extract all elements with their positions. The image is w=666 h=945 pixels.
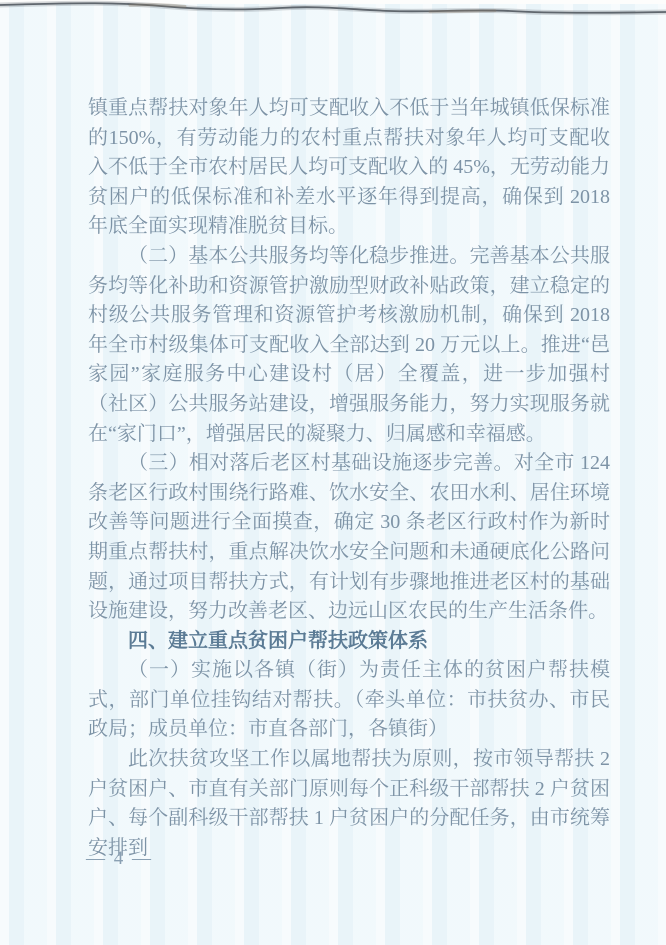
document-body: 镇重点帮扶对象年人均可支配收入不低于当年城镇低保标准的150%，有劳动能力的农村… — [88, 94, 610, 863]
section-heading: 四、建立重点贫困户帮扶政策体系 — [88, 627, 610, 657]
body-paragraph-item-2: （二）基本公共服务均等化稳步推进。完善基本公共服务均等化补助和资源管护激励型财政… — [88, 242, 610, 449]
body-paragraph-assignment: 此次扶贫攻坚工作以属地帮扶为原则，按市领导帮扶 2 户贫困户、市直有关部门原则每… — [88, 745, 610, 863]
page-number: — 4 — — [86, 848, 153, 870]
body-paragraph-continuation: 镇重点帮扶对象年人均可支配收入不低于当年城镇低保标准的150%，有劳动能力的农村… — [88, 94, 610, 242]
body-paragraph-item-1: （一）实施以各镇（街）为责任主体的贫困户帮扶模式，部门单位挂钩结对帮扶。（牵头单… — [88, 656, 610, 745]
scanned-document-page: 镇重点帮扶对象年人均可支配收入不低于当年城镇低保标准的150%，有劳动能力的农村… — [0, 0, 666, 945]
scanner-background-strip — [0, 0, 666, 4]
body-paragraph-item-3: （三）相对落后老区村基础设施逐步完善。对全市 124 条老区行政村围绕行路难、饮… — [88, 449, 610, 627]
